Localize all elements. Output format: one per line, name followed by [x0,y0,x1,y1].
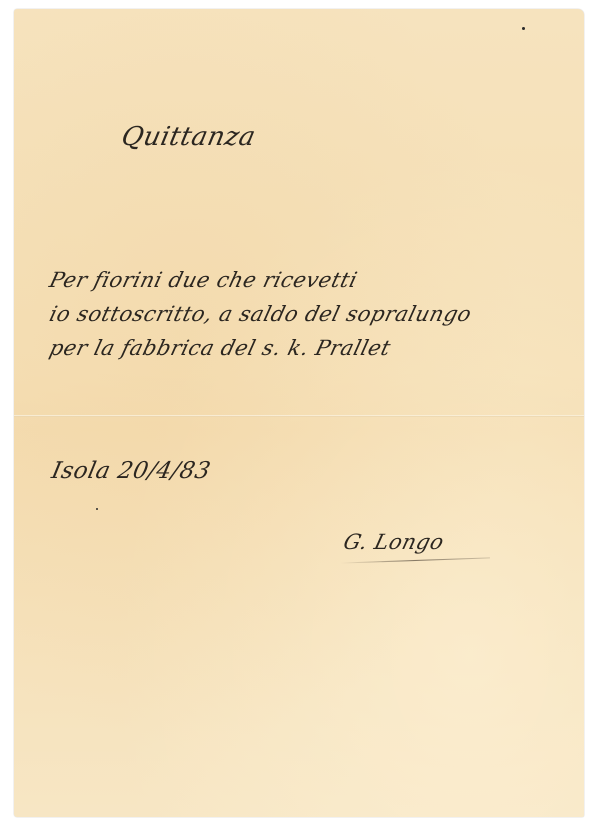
paper-fold-crease [14,415,584,417]
signature: G. Longo [341,530,447,554]
document-title: Quittanza [119,122,259,152]
body-line-3: per la fabbrica del s. k. Prallet [47,336,393,360]
paper-sheet [14,9,584,817]
ink-speck [96,508,98,510]
body-line-2: io sottoscritto, a saldo del sopralungo [47,302,474,326]
place-and-date: Isola 20/4/83 [49,458,213,484]
ink-speck [522,27,525,30]
body-line-1: Per fiorini due che ricevetti [47,268,360,292]
